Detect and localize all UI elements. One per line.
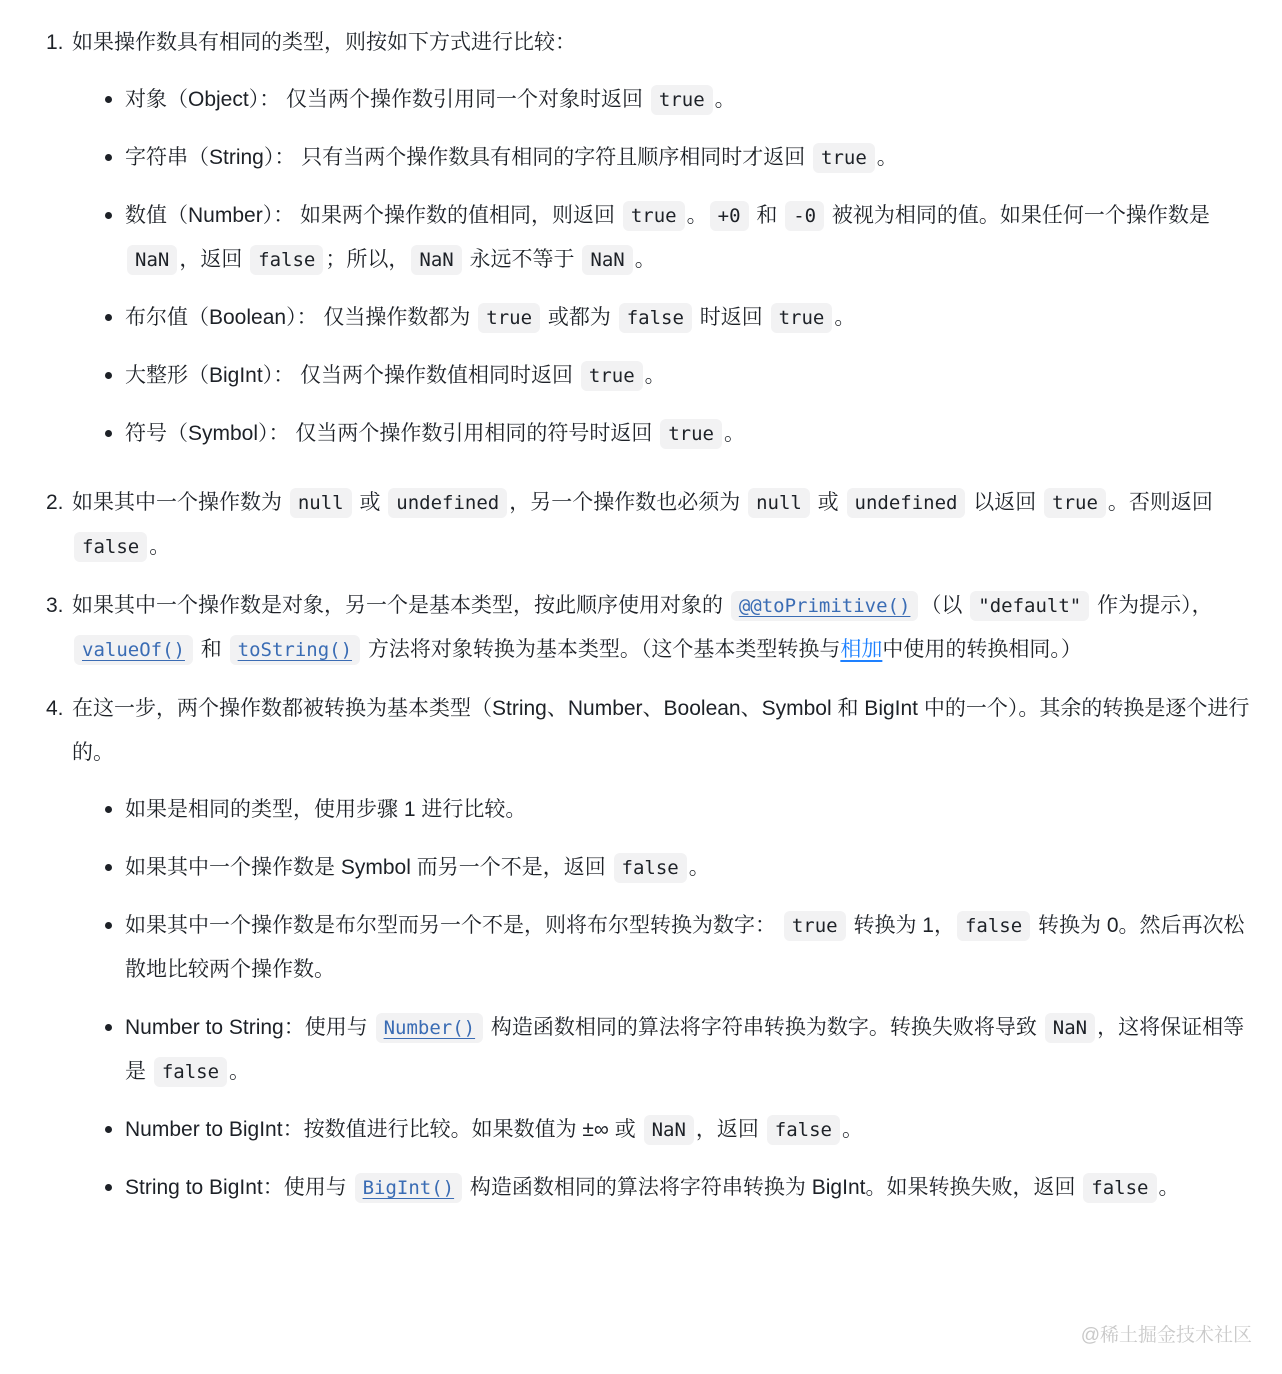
text-run: 被视为相同的值。如果任何一个操作数是 bbox=[826, 204, 1210, 227]
text-run: 如果操作数具有相同的类型，则按如下方式进行比较： bbox=[72, 31, 576, 54]
article-content: 1.如果操作数具有相同的类型，则按如下方式进行比较：对象（Object）： 仅当… bbox=[0, 0, 1282, 1374]
text-run: 。 bbox=[687, 204, 708, 227]
text-run: 字符串（String）： 只有当两个操作数具有相同的字符且顺序相同时才返回 bbox=[125, 146, 811, 169]
text-run: 如果是相同的类型，使用步骤 1 进行比较。 bbox=[125, 798, 526, 821]
numbered-list-item: 4.在这一步，两个操作数都被转换为基本类型（String、Number、Bool… bbox=[72, 687, 1252, 1210]
text-run: 或 bbox=[812, 491, 845, 514]
bullet-sublist: 对象（Object）： 仅当两个操作数引用同一个对象时返回 true。字符串（S… bbox=[72, 78, 1252, 456]
inline-code: true bbox=[478, 303, 540, 333]
inline-code: undefined bbox=[388, 488, 507, 518]
list-item-number: 4. bbox=[46, 687, 64, 731]
text-run: 和 bbox=[195, 638, 228, 661]
bullet-list-item: 如果是相同的类型，使用步骤 1 进行比较。 bbox=[125, 788, 1252, 832]
text-run: String to BigInt：使用与 bbox=[125, 1176, 353, 1199]
bullet-list-item: Number to String：使用与 Number() 构造函数相同的算法将… bbox=[125, 1006, 1252, 1094]
text-run: 。 bbox=[724, 422, 745, 445]
inline-code: null bbox=[748, 488, 810, 518]
text-run: ；所以， bbox=[325, 248, 409, 271]
bullet-list-item: 数值（Number）： 如果两个操作数的值相同，则返回 true。+0 和 -0… bbox=[125, 194, 1252, 282]
inline-code-link[interactable]: valueOf() bbox=[74, 635, 193, 665]
inline-code-link[interactable]: toString() bbox=[230, 635, 360, 665]
inline-code: true bbox=[784, 911, 846, 941]
text-run: 中使用的转换相同。） bbox=[882, 638, 1082, 661]
text-run: 构造函数相同的算法将字符串转换为 BigInt。如果转换失败，返回 bbox=[464, 1176, 1081, 1199]
inline-code: true bbox=[771, 303, 833, 333]
bullet-list-item: 字符串（String）： 只有当两个操作数具有相同的字符且顺序相同时才返回 tr… bbox=[125, 136, 1252, 180]
list-item-number: 1. bbox=[46, 21, 64, 65]
list-item-number: 2. bbox=[46, 481, 64, 525]
text-run: 布尔值（Boolean）： 仅当操作数都为 bbox=[125, 306, 476, 329]
inline-code: true bbox=[623, 201, 685, 231]
inline-code: true bbox=[651, 85, 713, 115]
inline-code: false bbox=[957, 911, 1030, 941]
inline-code: true bbox=[813, 143, 875, 173]
text-run: 如果其中一个操作数是布尔型而另一个不是，则将布尔型转换为数字： bbox=[125, 914, 782, 937]
bullet-list-item: String to BigInt：使用与 BigInt() 构造函数相同的算法将… bbox=[125, 1166, 1252, 1210]
inline-link[interactable]: 相加 bbox=[840, 638, 882, 661]
bullet-sublist: 如果是相同的类型，使用步骤 1 进行比较。如果其中一个操作数是 Symbol 而… bbox=[72, 788, 1252, 1210]
text-run: 。 bbox=[229, 1060, 250, 1083]
inline-code-link[interactable]: @@toPrimitive() bbox=[731, 591, 919, 621]
text-run: 。 bbox=[1159, 1176, 1180, 1199]
inline-code: NaN bbox=[644, 1115, 694, 1145]
text-run: Number to String：使用与 bbox=[125, 1016, 374, 1039]
numbered-list-item: 1.如果操作数具有相同的类型，则按如下方式进行比较：对象（Object）： 仅当… bbox=[72, 21, 1252, 456]
inline-code: false bbox=[1083, 1173, 1156, 1203]
inline-code-link[interactable]: Number() bbox=[376, 1013, 484, 1043]
bullet-list-item: 大整形（BigInt）： 仅当两个操作数值相同时返回 true。 bbox=[125, 354, 1252, 398]
inline-code: NaN bbox=[127, 245, 177, 275]
text-run: 永远不等于 bbox=[464, 248, 581, 271]
list-item-number: 3. bbox=[46, 584, 64, 628]
text-run: 。 bbox=[635, 248, 656, 271]
inline-code: true bbox=[581, 361, 643, 391]
inline-code: +0 bbox=[710, 201, 749, 231]
text-run: （以 bbox=[920, 594, 968, 617]
text-run: 。 bbox=[834, 306, 855, 329]
text-run: 。 bbox=[715, 88, 736, 111]
text-run: 如果其中一个操作数为 bbox=[72, 491, 288, 514]
inline-code: false bbox=[154, 1057, 227, 1087]
inline-code: false bbox=[619, 303, 692, 333]
inline-code: true bbox=[1044, 488, 1106, 518]
inline-code: false bbox=[767, 1115, 840, 1145]
bullet-list-item: 如果其中一个操作数是布尔型而另一个不是，则将布尔型转换为数字： true 转换为… bbox=[125, 904, 1252, 992]
inline-code: false bbox=[74, 532, 147, 562]
bullet-list-item: 对象（Object）： 仅当两个操作数引用同一个对象时返回 true。 bbox=[125, 78, 1252, 122]
inline-code: NaN bbox=[582, 245, 632, 275]
text-run: 方法将对象转换为基本类型。（这个基本类型转换与 bbox=[362, 638, 840, 661]
inline-code: null bbox=[290, 488, 352, 518]
text-run: 。 bbox=[842, 1118, 863, 1141]
text-run: 构造函数相同的算法将字符串转换为数字。转换失败将导致 bbox=[485, 1016, 1043, 1039]
text-run: ，返回 bbox=[696, 1118, 765, 1141]
inline-code: -0 bbox=[785, 201, 824, 231]
inline-code: true bbox=[660, 419, 722, 449]
text-run: 和 bbox=[751, 204, 784, 227]
numbered-list-item: 3.如果其中一个操作数是对象，另一个是基本类型，按此顺序使用对象的 @@toPr… bbox=[72, 584, 1252, 672]
text-run: Number to BigInt：按数值进行比较。如果数值为 ±∞ 或 bbox=[125, 1118, 642, 1141]
text-run: 或都为 bbox=[542, 306, 617, 329]
text-run: 大整形（BigInt）： 仅当两个操作数值相同时返回 bbox=[125, 364, 579, 387]
text-run: ，返回 bbox=[179, 248, 248, 271]
inline-code: undefined bbox=[847, 488, 966, 518]
text-run: 时返回 bbox=[694, 306, 769, 329]
bullet-list-item: 如果其中一个操作数是 Symbol 而另一个不是，返回 false。 bbox=[125, 846, 1252, 890]
bullet-list-item: Number to BigInt：按数值进行比较。如果数值为 ±∞ 或 NaN，… bbox=[125, 1108, 1252, 1152]
inline-code: false bbox=[614, 853, 687, 883]
text-run: 或 bbox=[354, 491, 387, 514]
text-run: ，另一个操作数也必须为 bbox=[509, 491, 746, 514]
inline-code: "default" bbox=[970, 591, 1089, 621]
inline-code: NaN bbox=[1045, 1013, 1095, 1043]
bullet-list-item: 布尔值（Boolean）： 仅当操作数都为 true 或都为 false 时返回… bbox=[125, 296, 1252, 340]
text-run: 转换为 1， bbox=[848, 914, 955, 937]
text-run: 如果其中一个操作数是 Symbol 而另一个不是，返回 bbox=[125, 856, 612, 879]
bullet-list-item: 符号（Symbol）： 仅当两个操作数引用相同的符号时返回 true。 bbox=[125, 412, 1252, 456]
text-run: 。 bbox=[149, 535, 170, 558]
text-run: 。否则返回 bbox=[1108, 491, 1213, 514]
text-run: 在这一步，两个操作数都被转换为基本类型（String、Number、Boolea… bbox=[72, 697, 1249, 764]
text-run: 如果其中一个操作数是对象，另一个是基本类型，按此顺序使用对象的 bbox=[72, 594, 729, 617]
text-run: 对象（Object）： 仅当两个操作数引用同一个对象时返回 bbox=[125, 88, 649, 111]
inline-code: NaN bbox=[411, 245, 461, 275]
text-run: 。 bbox=[877, 146, 898, 169]
text-run: 。 bbox=[645, 364, 666, 387]
text-run: 符号（Symbol）： 仅当两个操作数引用相同的符号时返回 bbox=[125, 422, 658, 445]
text-run: 作为提示）， bbox=[1091, 594, 1212, 617]
watermark: @稀土掘金技术社区 bbox=[1081, 1324, 1252, 1348]
rules-ordered-list: 1.如果操作数具有相同的类型，则按如下方式进行比较：对象（Object）： 仅当… bbox=[0, 21, 1252, 1210]
inline-code: false bbox=[250, 245, 323, 275]
numbered-list-item: 2.如果其中一个操作数为 null 或 undefined，另一个操作数也必须为… bbox=[72, 481, 1252, 569]
text-run: 以返回 bbox=[967, 491, 1042, 514]
text-run: 。 bbox=[689, 856, 710, 879]
text-run: 数值（Number）： 如果两个操作数的值相同，则返回 bbox=[125, 204, 621, 227]
inline-code-link[interactable]: BigInt() bbox=[355, 1173, 463, 1203]
